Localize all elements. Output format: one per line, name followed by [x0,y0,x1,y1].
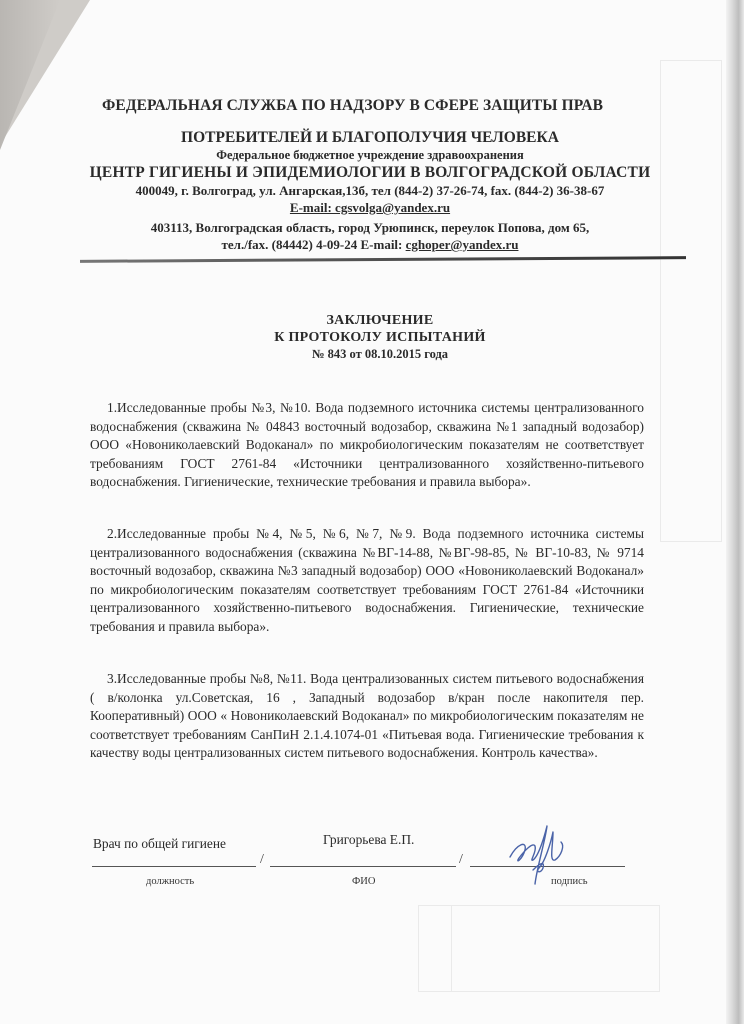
letterhead: ФЕДЕРАЛЬНАЯ СЛУЖБА ПО НАДЗОРУ В СФЕРЕ ЗА… [80,96,660,253]
branch-email-link[interactable]: cghoper@yandex.ru [406,237,519,252]
branch-phone: тел./fax. (84442) 4-09-24 E-mail: [222,237,406,252]
main-email-link[interactable]: E-mail: cgsvolga@yandex.ru [290,200,450,215]
conclusion-paragraph-3: 3.Исследованные пробы №8, №11. Вода цент… [90,670,644,763]
branch-contacts: тел./fax. (84442) 4-09-24 E-mail: cghope… [80,237,660,253]
position-underline [92,866,256,867]
agency-name-line1: ФЕДЕРАЛЬНАЯ СЛУЖБА ПО НАДЗОРУ В СФЕРЕ ЗА… [80,96,660,115]
title-line1: ЗАКЛЮЧЕНИЕ [230,312,530,329]
institution-type: Федеральное бюджетное учреждение здравоо… [80,148,660,163]
branch-address: 403113, Волгоградская область, город Урю… [80,220,660,236]
agency-name-line2: ПОТРЕБИТЕЛЕЙ И БЛАГОПОЛУЧИЯ ЧЕЛОВЕКА [80,129,660,147]
name-underline [270,866,456,867]
separator-slash: / [459,852,463,868]
scan-right-edge [726,0,744,1024]
conclusion-paragraph-1: 1.Исследованные пробы №3, №10. Вода подз… [90,399,644,492]
show-through-table [418,905,660,992]
document-title: ЗАКЛЮЧЕНИЕ К ПРОТОКОЛУ ИСПЫТАНИЙ № 843 о… [230,312,530,362]
signer-name: Григорьева Е.П. [323,832,414,848]
signer-position: Врач по общей гигиене [93,836,226,852]
conclusion-paragraph-2: 2.Исследованные пробы №4, №5, №6, №7, №9… [90,525,644,637]
show-through-table-right [660,60,722,542]
protocol-number-date: № 843 от 08.10.2015 года [230,346,530,362]
separator-slash: / [260,852,264,868]
caption-name: ФИО [352,876,375,887]
show-through-table-column [418,905,452,992]
caption-position: должность [146,876,194,887]
handwritten-signature-icon [505,822,585,892]
main-address: 400049, г. Волгоград, ул. Ангарская,13б,… [80,183,660,199]
title-line2: К ПРОТОКОЛУ ИСПЫТАНИЙ [230,329,530,346]
header-divider [80,256,686,263]
institution-name: ЦЕНТР ГИГИЕНЫ И ЭПИДЕМИОЛОГИИ В ВОЛГОГРА… [80,164,660,182]
